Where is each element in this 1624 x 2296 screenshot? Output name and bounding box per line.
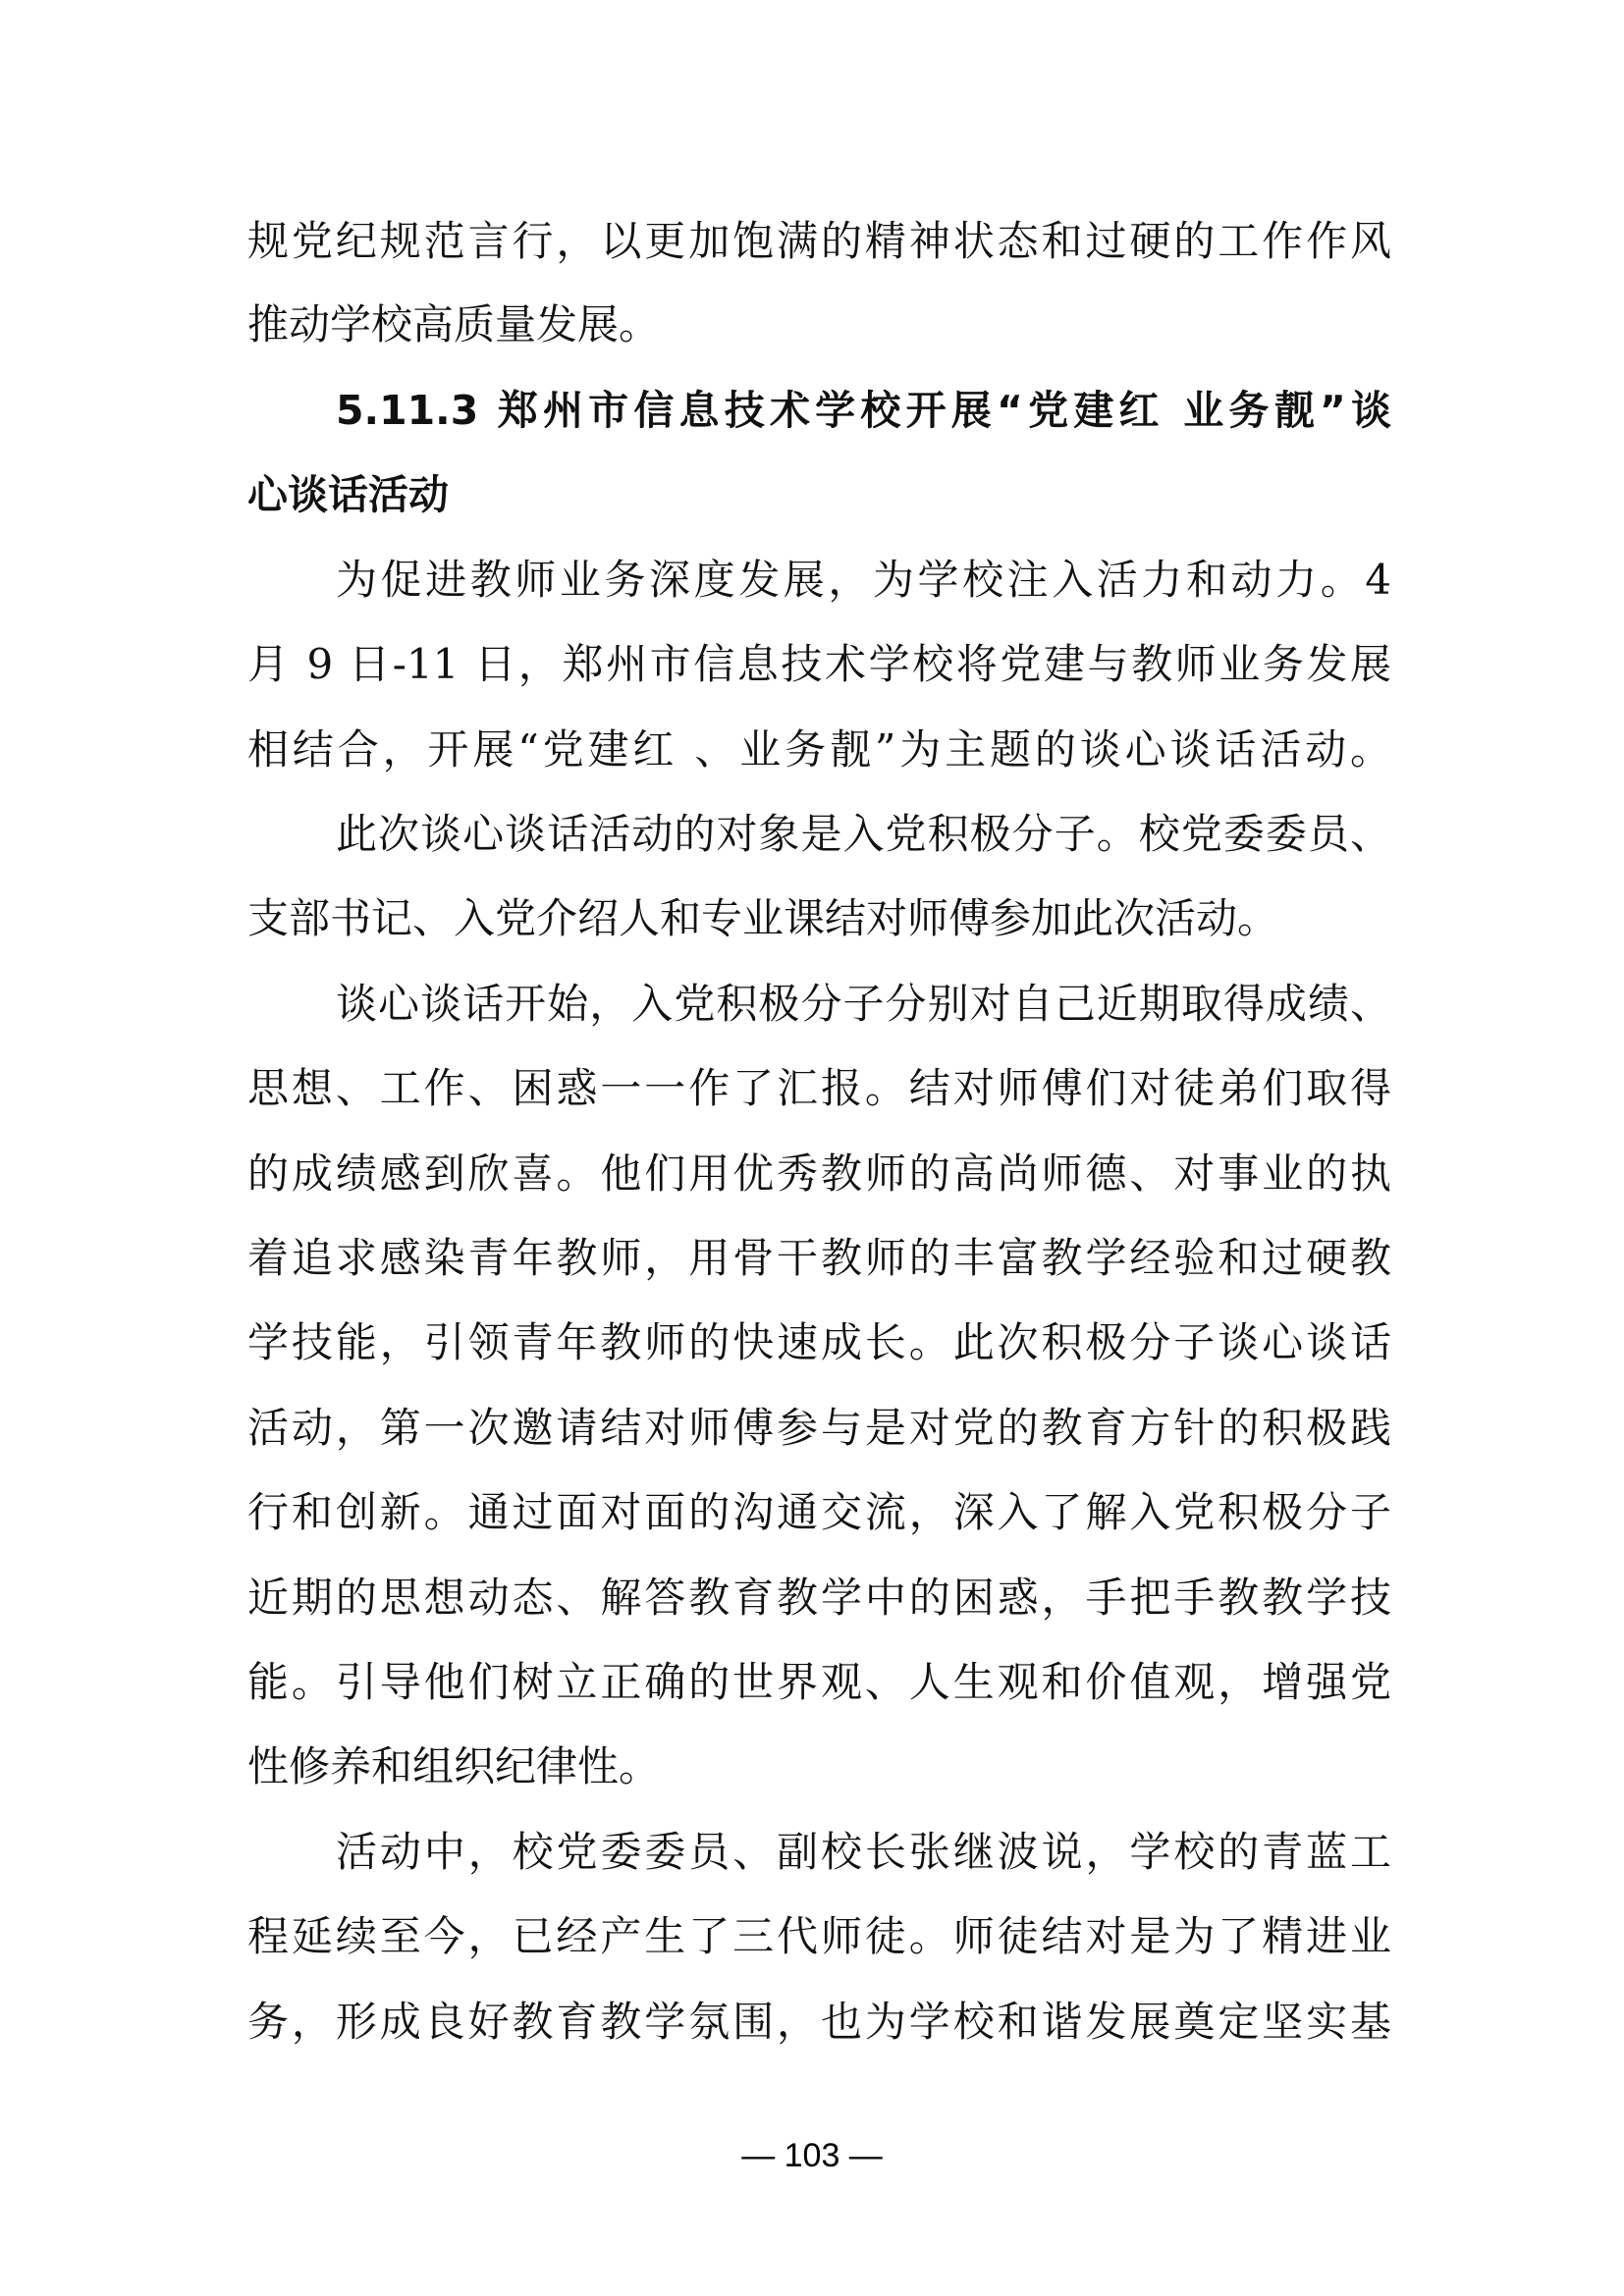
page-number: — 103 — [0, 2136, 1624, 2175]
body-text-line: 着追求感染青年教师，用骨干教师的丰富教学经验和过硬教 [247, 1231, 1391, 1286]
section-heading: 心谈话活动 [247, 467, 1391, 522]
body-text-line: 为促进教师业务深度发展，为学校注入活力和动力。4 [336, 553, 1391, 608]
body-text-line: 近期的思想动态、解答教育教学中的困惑，手把手教教学技 [247, 1571, 1391, 1626]
body-text-line: 的成绩感到欣喜。他们用优秀教师的高尚师德、对事业的执 [247, 1147, 1391, 1201]
body-text-line: 支部书记、入党介绍人和专业课结对师傅参加此次活动。 [247, 891, 1391, 946]
body-text-line: 活动中，校党委委员、副校长张继波说，学校的青蓝工 [336, 1825, 1391, 1880]
document-page: 规党纪规范言行，以更加饱满的精神状态和过硬的工作作风 推动学校高质量发展。 5.… [0, 0, 1624, 2296]
body-text-line: 务，形成良好教育教学氛围，也为学校和谐发展奠定坚实基 [247, 1995, 1391, 2050]
body-text-line: 活动，第一次邀请结对师傅参与是对党的教育方针的积极践 [247, 1401, 1391, 1456]
body-text-line: 思想、工作、困惑一一作了汇报。结对师傅们对徒弟们取得 [247, 1061, 1391, 1116]
body-text-line: 学技能，引领青年教师的快速成长。此次积极分子谈心谈话 [247, 1315, 1391, 1370]
body-text-line: 推动学校高质量发展。 [247, 297, 1391, 352]
body-text-line: 性修养和组织纪律性。 [247, 1739, 1391, 1794]
body-text-line: 月 9 日-11 日，郑州市信息技术学校将党建与教师业务发展 [247, 637, 1391, 692]
body-text-line: 谈心谈话开始，入党积极分子分别对自己近期取得成绩、 [336, 977, 1391, 1032]
section-heading: 5.11.3 郑州市信息技术学校开展“党建红 业务靓”谈 [336, 383, 1391, 438]
body-text-line: 规党纪规范言行，以更加饱满的精神状态和过硬的工作作风 [247, 214, 1391, 269]
body-text-line: 行和创新。通过面对面的沟通交流，深入了解入党积极分子 [247, 1485, 1391, 1540]
body-text-line: 能。引导他们树立正确的世界观、人生观和价值观，增强党 [247, 1655, 1391, 1710]
body-text-line: 此次谈心谈话活动的对象是入党积极分子。校党委委员、 [336, 807, 1391, 862]
body-text-line: 程延续至今，已经产生了三代师徒。师徒结对是为了精进业 [247, 1909, 1391, 1964]
body-text-line: 相结合，开展“党建红 、业务靓”为主题的谈心谈话活动。 [247, 722, 1391, 777]
